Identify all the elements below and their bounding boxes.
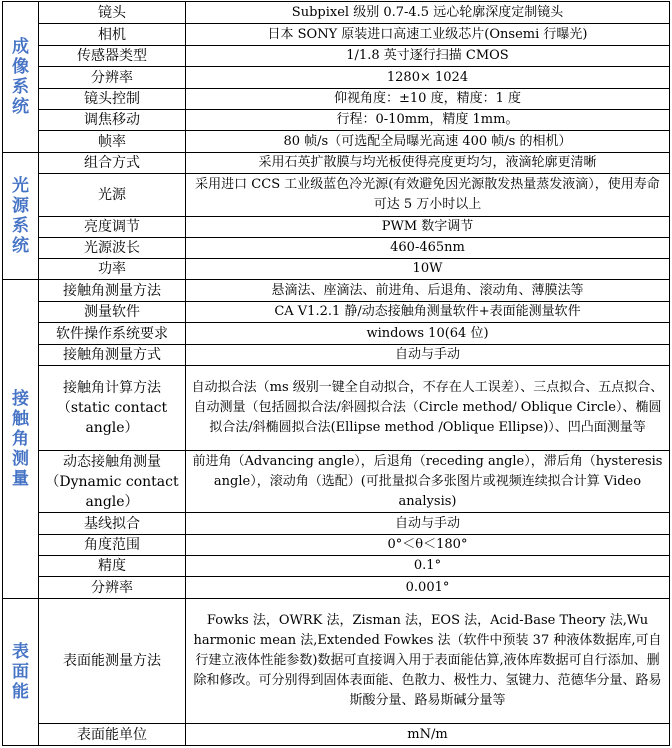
table-row: 镜头控制 仰视角度：±10 度，精度：1 度	[3, 89, 670, 110]
table-row: 光源 采用进口 CCS 工业级蓝色冷光源(有效避免因光源散发热量蒸发液滴），使用…	[3, 174, 670, 217]
table-row: 相机 日本 SONY 原装进口高速工业级芯片(Onsemi 行曝光)	[3, 24, 670, 46]
table-row: 基线拟合 自动与手动	[3, 513, 670, 535]
table-row: 功率 10W	[3, 259, 670, 280]
param-value: 采用进口 CCS 工业级蓝色冷光源(有效避免因光源散发热量蒸发液滴），使用寿命可…	[186, 174, 670, 217]
param-label: 分辨率	[39, 67, 186, 89]
table-row: 接 触 角 测 量 接触角测量方法 悬滴法、座滴法、前进角、后退角、滚动角、薄膜…	[3, 280, 670, 302]
table-row: 表 面 能 表面能测量方法 Fowks 法，OWRK 法，Zisman 法，EO…	[3, 599, 670, 724]
param-value: 自动与手动	[186, 513, 670, 535]
param-label: 镜头控制	[39, 89, 186, 110]
param-label: 接触角测量方法	[39, 280, 186, 302]
param-value: 80 帧/s（可选配全局曝光高速 400 帧/s 的相机）	[186, 131, 670, 153]
category-surface-energy: 表 面 能	[3, 599, 39, 746]
param-label: 软件操作系统要求	[39, 323, 186, 345]
param-label: 光源	[39, 174, 186, 217]
table-row: 调焦移动 行程：0-10mm，精度 1mm。	[3, 110, 670, 131]
param-label: 相机	[39, 24, 186, 46]
param-value: 1280× 1024	[186, 67, 670, 89]
param-value: 0°＜θ＜180°	[186, 535, 670, 556]
table-row: 接触角测量方式 自动与手动	[3, 345, 670, 366]
param-label: 测量软件	[39, 302, 186, 323]
param-label: 接触角测量方式	[39, 345, 186, 366]
param-value: 前进角（Advancing angle），后退角（receding angle）…	[186, 451, 670, 513]
param-label: 表面能测量方法	[39, 599, 186, 724]
param-value: 悬滴法、座滴法、前进角、后退角、滚动角、薄膜法等	[186, 280, 670, 302]
table-row: 动态接触角测量（Dynamic contact angle） 前进角（Advan…	[3, 451, 670, 513]
table-row: 光源波长 460-465nm	[3, 238, 670, 259]
table-row: 光 源 系 统 组合方式 采用石英扩散膜与均光板使得亮度更均匀，液滴轮廓更清晰	[3, 153, 670, 174]
param-label: 角度范围	[39, 535, 186, 556]
table-row: 接触角计算方法（static contact angle） 自动拟合法（ms 级…	[3, 366, 670, 451]
param-label: 帧率	[39, 131, 186, 153]
spec-table: 成 像 系 统 镜头 Subpixel 级别 0.7-4.5 远心轮廓深度定制镜…	[2, 1, 670, 746]
param-value: Fowks 法，OWRK 法，Zisman 法，EOS 法，Acid-Base …	[186, 599, 670, 724]
table-row: 分辨率 1280× 1024	[3, 67, 670, 89]
table-row: 测量软件 CA V1.2.1 静/动态接触角测量软件+表面能测量软件	[3, 302, 670, 323]
param-label: 分辨率	[39, 577, 186, 599]
table-row: 亮度调节 PWM 数字调节	[3, 217, 670, 238]
param-label: 动态接触角测量（Dynamic contact angle）	[39, 451, 186, 513]
param-value: PWM 数字调节	[186, 217, 670, 238]
table-row: 角度范围 0°＜θ＜180°	[3, 535, 670, 556]
param-value: windows 10(64 位)	[186, 323, 670, 345]
param-label: 镜头	[39, 2, 186, 24]
param-value: 460-465nm	[186, 238, 670, 259]
param-label: 精度	[39, 556, 186, 577]
param-label: 亮度调节	[39, 217, 186, 238]
param-label: 调焦移动	[39, 110, 186, 131]
param-label: 表面能单位	[39, 724, 186, 746]
table-row: 表面能单位 mN/m	[3, 724, 670, 746]
category-light-source-system: 光 源 系 统	[3, 153, 39, 280]
param-label: 功率	[39, 259, 186, 280]
param-value: 0.001°	[186, 577, 670, 599]
param-value: 行程：0-10mm，精度 1mm。	[186, 110, 670, 131]
category-imaging-system: 成 像 系 统	[3, 2, 39, 153]
param-value: CA V1.2.1 静/动态接触角测量软件+表面能测量软件	[186, 302, 670, 323]
table-row: 传感器类型 1/1.8 英寸逐行扫描 CMOS	[3, 46, 670, 67]
param-value: 采用石英扩散膜与均光板使得亮度更均匀，液滴轮廓更清晰	[186, 153, 670, 174]
param-value: Subpixel 级别 0.7-4.5 远心轮廓深度定制镜头	[186, 2, 670, 24]
param-value: 0.1°	[186, 556, 670, 577]
param-value: 1/1.8 英寸逐行扫描 CMOS	[186, 46, 670, 67]
param-value: 日本 SONY 原装进口高速工业级芯片(Onsemi 行曝光)	[186, 24, 670, 46]
table-row: 帧率 80 帧/s（可选配全局曝光高速 400 帧/s 的相机）	[3, 131, 670, 153]
param-label: 基线拟合	[39, 513, 186, 535]
table-row: 软件操作系统要求 windows 10(64 位)	[3, 323, 670, 345]
category-contact-angle-measurement: 接 触 角 测 量	[3, 280, 39, 599]
param-label: 传感器类型	[39, 46, 186, 67]
table-row: 精度 0.1°	[3, 556, 670, 577]
param-value: 自动与手动	[186, 345, 670, 366]
param-value: mN/m	[186, 724, 670, 746]
param-label: 组合方式	[39, 153, 186, 174]
table-row: 成 像 系 统 镜头 Subpixel 级别 0.7-4.5 远心轮廓深度定制镜…	[3, 2, 670, 24]
param-label: 光源波长	[39, 238, 186, 259]
param-value: 仰视角度：±10 度，精度：1 度	[186, 89, 670, 110]
param-label: 接触角计算方法（static contact angle）	[39, 366, 186, 451]
param-value: 10W	[186, 259, 670, 280]
table-row: 分辨率 0.001°	[3, 577, 670, 599]
param-value: 自动拟合法（ms 级别一键全自动拟合，不存在人工误差）、三点拟合、五点拟合、自动…	[186, 366, 670, 451]
